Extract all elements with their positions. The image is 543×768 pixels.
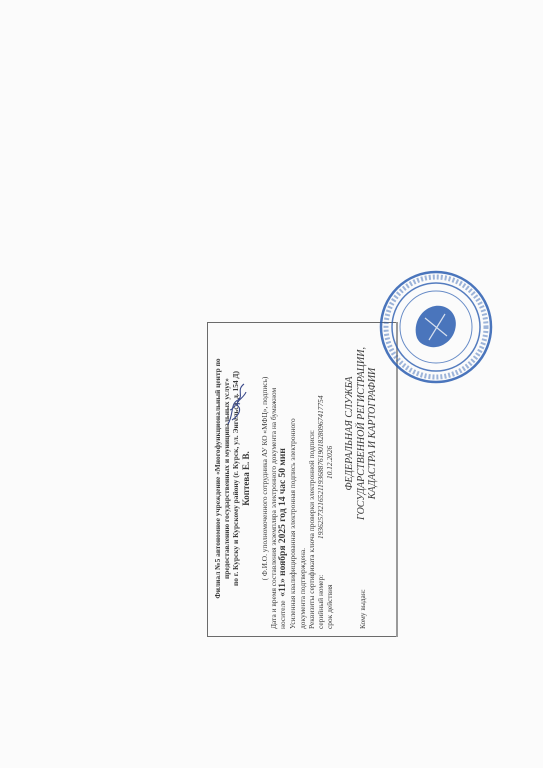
issuer-line: Филиал №5 автономное учреждение «Многофу… [213, 328, 222, 629]
serial-row: серийный номер: 193625732165211936887619… [316, 328, 325, 629]
datetime-label: Дата и время составления экземпляра элек… [269, 328, 278, 629]
issued-to-label: Кому выдан: [344, 539, 379, 629]
signature-status: Усиленная квалифицированная электронная … [288, 328, 297, 629]
employee-caption: ( Ф.И.О. уполномоченного сотрудника АУ К… [260, 328, 269, 629]
datetime-prefix: носителе [278, 600, 287, 629]
certificate-block: Филиал №5 автономное учреждение «Многофу… [207, 322, 397, 637]
employee-name: Коптева Е. В. [242, 328, 251, 629]
official-stamp-icon [377, 268, 495, 386]
validity-label: срок действия [325, 539, 334, 629]
datetime-value: «11» ноября 2025 год 14 час 50 мин [278, 448, 288, 597]
validity-value: 10.12.2026 [325, 446, 334, 539]
serial-value: 193625732165211936887619018280967417754 [316, 395, 325, 539]
serial-label: серийный номер: [316, 539, 325, 629]
signature-status: документа подтверждена. [298, 328, 307, 629]
issued-to-row: Кому выдан: ФЕДЕРАЛЬНАЯ СЛУЖБА ГОСУДАРСТ… [344, 328, 379, 629]
issued-to-line: ФЕДЕРАЛЬНАЯ СЛУЖБА [344, 328, 356, 539]
issued-to-line: ГОСУДАРСТВЕННОЙ РЕГИСТРАЦИИ, [356, 328, 368, 539]
validity-row: срок действия 10.12.2026 [325, 328, 334, 629]
cert-details-label: Реквизиты сертификата ключа проверки эле… [307, 328, 316, 629]
issuer-line: предоставлению государственных и муницип… [222, 328, 231, 629]
handwritten-signature-icon [224, 380, 250, 430]
datetime-row: носителе «11» ноября 2025 год 14 час 50 … [278, 328, 288, 629]
issuer-line: по г. Курску и Курскому району (г. Курск… [231, 328, 240, 629]
